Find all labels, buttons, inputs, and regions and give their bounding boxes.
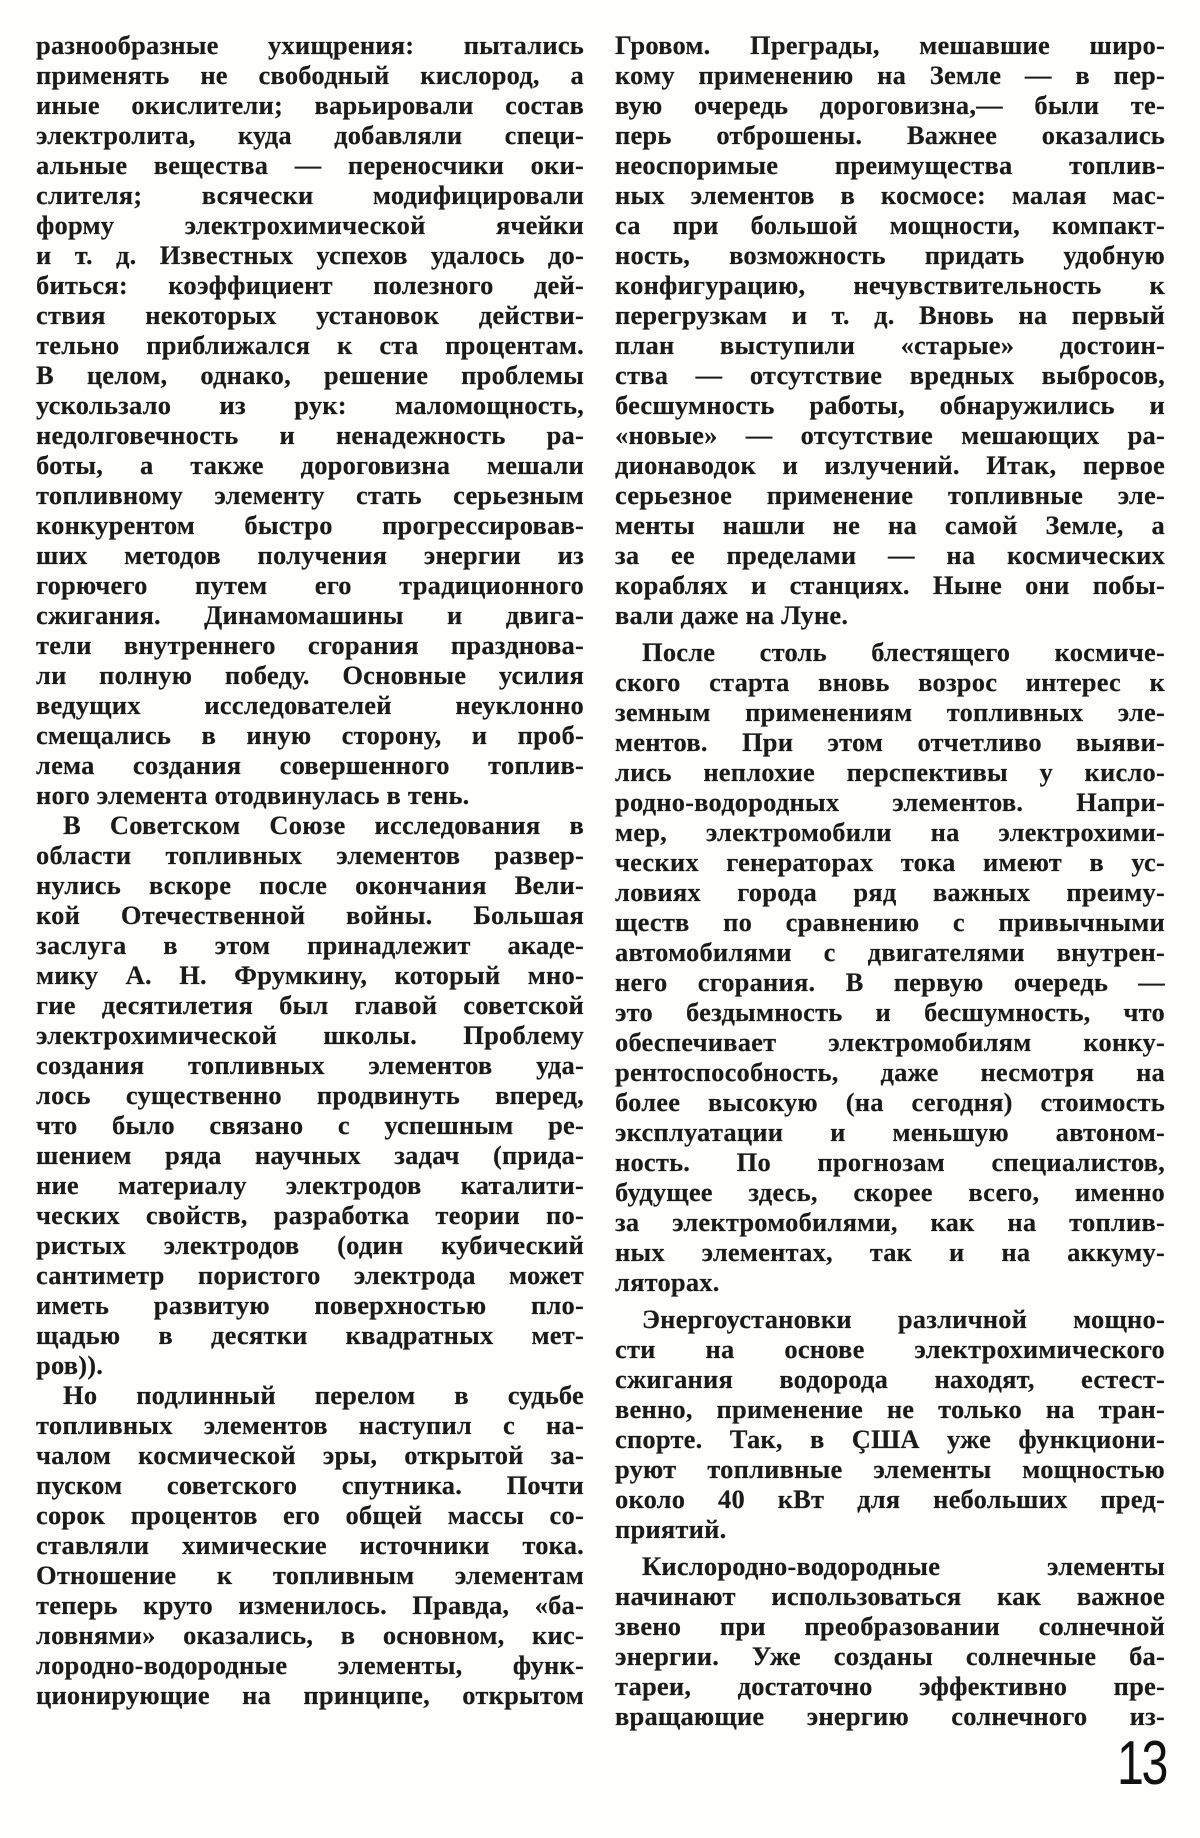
- text-line: лись неплохие перспективы у кисло-: [615, 757, 1165, 787]
- text-line: шением ряда научных задач (прида-: [36, 1140, 584, 1170]
- text-line: ставляли химические источники тока.: [36, 1530, 584, 1560]
- text-line: обеспечивает электромобилям конку-: [615, 1027, 1165, 1057]
- text-line: ние материалу электродов каталити-: [36, 1170, 584, 1200]
- text-line: ного элемента отодвинулась в тень.: [36, 780, 584, 810]
- text-line: около 40 кВт для небольших пред-: [615, 1484, 1165, 1514]
- text-line: топливных элементов наступил с на-: [36, 1410, 584, 1440]
- text-line: энергии. Уже созданы солнечные ба-: [615, 1641, 1165, 1671]
- text-line: венно, применение не только на тран-: [615, 1394, 1165, 1424]
- text-line: теперь круто изменилось. Правда, «ба-: [36, 1590, 584, 1620]
- text-line: земным применениям топливных эле-: [615, 697, 1165, 727]
- paragraph: После столь блестящего космиче-ского ста…: [615, 637, 1165, 1297]
- text-line: В Советском Союзе исследования в: [36, 810, 584, 840]
- text-line: серьезное применение топливные эле-: [615, 480, 1165, 510]
- text-line: са при большой мощности, компакт-: [615, 210, 1165, 240]
- text-line: лема создания совершенного топлив-: [36, 750, 584, 780]
- text-line: конкурентом быстро прогрессировав-: [36, 510, 584, 540]
- text-line: ров)).: [36, 1350, 584, 1380]
- paragraph: Кислородно-водородные элементыначинают и…: [615, 1551, 1165, 1731]
- text-line: сти на основе электрохимического: [615, 1334, 1165, 1364]
- text-line: сжигания водорода находят, естест-: [615, 1364, 1165, 1394]
- text-line: него сгорания. В первую очередь —: [615, 967, 1165, 997]
- text-line: что было связано с успешным ре-: [36, 1110, 584, 1140]
- left-column: разнообразные ухищрения: пыталисьприменя…: [36, 30, 584, 1710]
- text-line: менты нашли не на самой Земле, а: [615, 510, 1165, 540]
- text-line: более высокую (на сегодня) стоимость: [615, 1087, 1165, 1117]
- text-line: ментов. При этом отчетливо выяви-: [615, 727, 1165, 757]
- text-line: Отношение к топливным элементам: [36, 1560, 584, 1590]
- text-line: сжигания. Динамомашины и двига-: [36, 600, 584, 630]
- text-line: гие десятилетия был главой советской: [36, 990, 584, 1020]
- text-line: кораблях и станциях. Ныне они побы-: [615, 570, 1165, 600]
- text-line: заслуга в этом принадлежит акаде-: [36, 930, 584, 960]
- text-line: ших методов получения энергии из: [36, 540, 584, 570]
- text-line: вращающие энергию солнечного из-: [615, 1701, 1165, 1731]
- text-line: это бездымность и бесшумность, что: [615, 997, 1165, 1027]
- text-line: горючего путем его традиционного: [36, 570, 584, 600]
- text-line: области топливных элементов развер-: [36, 840, 584, 870]
- text-line: неоспоримые преимущества топлив-: [615, 150, 1165, 180]
- text-line: ность. По прогнозам специалистов,: [615, 1147, 1165, 1177]
- paragraph: Гровом. Преграды, мешавшие широ-кому при…: [615, 30, 1165, 630]
- text-line: ческих генераторах тока имеют в ус-: [615, 847, 1165, 877]
- text-line: иные окислители; варьировали состав: [36, 90, 584, 120]
- text-line: мику А. Н. Фрумкину, который мно-: [36, 960, 584, 990]
- text-line: топливному элементу стать серьезным: [36, 480, 584, 510]
- text-line: чалом космической эры, открытой за-: [36, 1440, 584, 1470]
- text-line: спорте. Так, в ÇША уже функциони-: [615, 1424, 1165, 1454]
- text-line: лось существенно продвинуть вперед,: [36, 1080, 584, 1110]
- text-line: план выступили «старые» достоин-: [615, 330, 1165, 360]
- text-line: недолговечность и ненадежность ра-: [36, 420, 584, 450]
- text-line: ловнями» оказались, в основном, кис-: [36, 1620, 584, 1650]
- text-line: ведущих исследователей неуклонно: [36, 690, 584, 720]
- text-line: иметь развитую поверхностью пло-: [36, 1290, 584, 1320]
- text-line: В целом, однако, решение проблемы: [36, 360, 584, 390]
- text-line: эксплуатации и меньшую автоном-: [615, 1117, 1165, 1147]
- text-line: перегрузкам и т. д. Вновь на первый: [615, 300, 1165, 330]
- text-line: ческих свойств, разработка теории по-: [36, 1200, 584, 1230]
- text-line: вую очередь дороговизна,— были те-: [615, 90, 1165, 120]
- text-line: альные вещества — переносчики оки-: [36, 150, 584, 180]
- text-line: дионаводок и излучений. Итак, первое: [615, 450, 1165, 480]
- text-line: После столь блестящего космиче-: [615, 637, 1165, 667]
- text-line: ляторах.: [615, 1267, 1165, 1297]
- text-line: ность, возможность придать удобную: [615, 240, 1165, 270]
- right-column: Гровом. Преграды, мешавшие широ-кому при…: [615, 30, 1165, 1731]
- text-line: разнообразные ухищрения: пытались: [36, 30, 584, 60]
- text-line: начинают использоваться как важное: [615, 1581, 1165, 1611]
- text-line: тареи, достаточно эффективно пре-: [615, 1671, 1165, 1701]
- paragraph: разнообразные ухищрения: пыталисьприменя…: [36, 30, 584, 810]
- text-line: родно-водородных элементов. Напри-: [615, 787, 1165, 817]
- text-line: руют топливные элементы мощностью: [615, 1454, 1165, 1484]
- text-line: за электромобилями, как на топлив-: [615, 1207, 1165, 1237]
- text-line: будущее здесь, скорее всего, именно: [615, 1177, 1165, 1207]
- paragraph: Энергоустановки различной мощно-сти на о…: [615, 1304, 1165, 1544]
- text-line: биться: коэффициент полезного дей-: [36, 270, 584, 300]
- text-line: ловиях города ряд важных преиму-: [615, 877, 1165, 907]
- text-line: создания топливных элементов уда-: [36, 1050, 584, 1080]
- text-line: ных элементов в космосе: малая мас-: [615, 180, 1165, 210]
- paragraph: Но подлинный перелом в судьбетопливных э…: [36, 1380, 584, 1710]
- paragraph: В Советском Союзе исследования вобласти …: [36, 810, 584, 1380]
- text-line: и т. д. Известных успехов удалось до-: [36, 240, 584, 270]
- text-line: Энергоустановки различной мощно-: [615, 1304, 1165, 1334]
- text-line: «новые» — отсутствие мешающих ра-: [615, 420, 1165, 450]
- page-number: 13: [1117, 1733, 1166, 1795]
- text-line: ствия некоторых установок действи-: [36, 300, 584, 330]
- text-line: ционирующие на принципе, открытом: [36, 1680, 584, 1710]
- text-line: нулись вскоре после окончания Вели-: [36, 870, 584, 900]
- text-line: вали даже на Луне.: [615, 600, 1165, 630]
- text-line: Но подлинный перелом в судьбе: [36, 1380, 584, 1410]
- text-line: тели внутреннего сгорания праздно­ва-: [36, 630, 584, 660]
- text-line: ных элементах, так и на аккуму-: [615, 1237, 1165, 1267]
- text-line: форму электрохимической ячейки: [36, 210, 584, 240]
- text-line: сантиметр пористого электрода может: [36, 1260, 584, 1290]
- text-line: ристых электродов (один кубический: [36, 1230, 584, 1260]
- text-line: смещались в иную сторону, и проб-: [36, 720, 584, 750]
- text-line: мер, электромобили на электрохими-: [615, 817, 1165, 847]
- text-line: бесшумность работы, обнаружились и: [615, 390, 1165, 420]
- text-line: приятий.: [615, 1514, 1165, 1544]
- text-line: пуском советского спутника. Почти: [36, 1470, 584, 1500]
- text-line: ского старта вновь возрос интерес к: [615, 667, 1165, 697]
- text-line: рентоспособность, даже несмотря на: [615, 1057, 1165, 1087]
- text-line: ускользало из рук: маломощность,: [36, 390, 584, 420]
- text-line: Гровом. Преграды, мешавшие широ-: [615, 30, 1165, 60]
- text-line: электрохимической школы. Проблему: [36, 1020, 584, 1050]
- text-line: ли полную победу. Основные усилия: [36, 660, 584, 690]
- text-line: сорок процентов его общей массы со-: [36, 1500, 584, 1530]
- text-line: кой Отечественной войны. Большая: [36, 900, 584, 930]
- text-line: Кислородно-водородные элементы: [615, 1551, 1165, 1581]
- text-line: звено при преобразовании солнечной: [615, 1611, 1165, 1641]
- text-line: применять не свободный кислород, а: [36, 60, 584, 90]
- text-line: ства — отсутствие вредных выбросов,: [615, 360, 1165, 390]
- text-line: лородно-водородные элементы, функ-: [36, 1650, 584, 1680]
- text-line: щадью в десятки квадратных мет-: [36, 1320, 584, 1350]
- text-line: перь отброшены. Важнее оказались: [615, 120, 1165, 150]
- text-line: слителя; всячески модифицировали: [36, 180, 584, 210]
- text-line: ществ по сравнению с привычными: [615, 907, 1165, 937]
- text-line: конфигурацию, нечувствительность к: [615, 270, 1165, 300]
- text-line: тельно приближался к ста процентам.: [36, 330, 584, 360]
- text-line: автомобилями с двигателями внутрен-: [615, 937, 1165, 967]
- text-line: за ее пределами — на космических: [615, 540, 1165, 570]
- text-line: электролита, куда добавляли специ-: [36, 120, 584, 150]
- text-line: кому применению на Земле — в пер-: [615, 60, 1165, 90]
- text-line: боты, а также дороговизна мешали: [36, 450, 584, 480]
